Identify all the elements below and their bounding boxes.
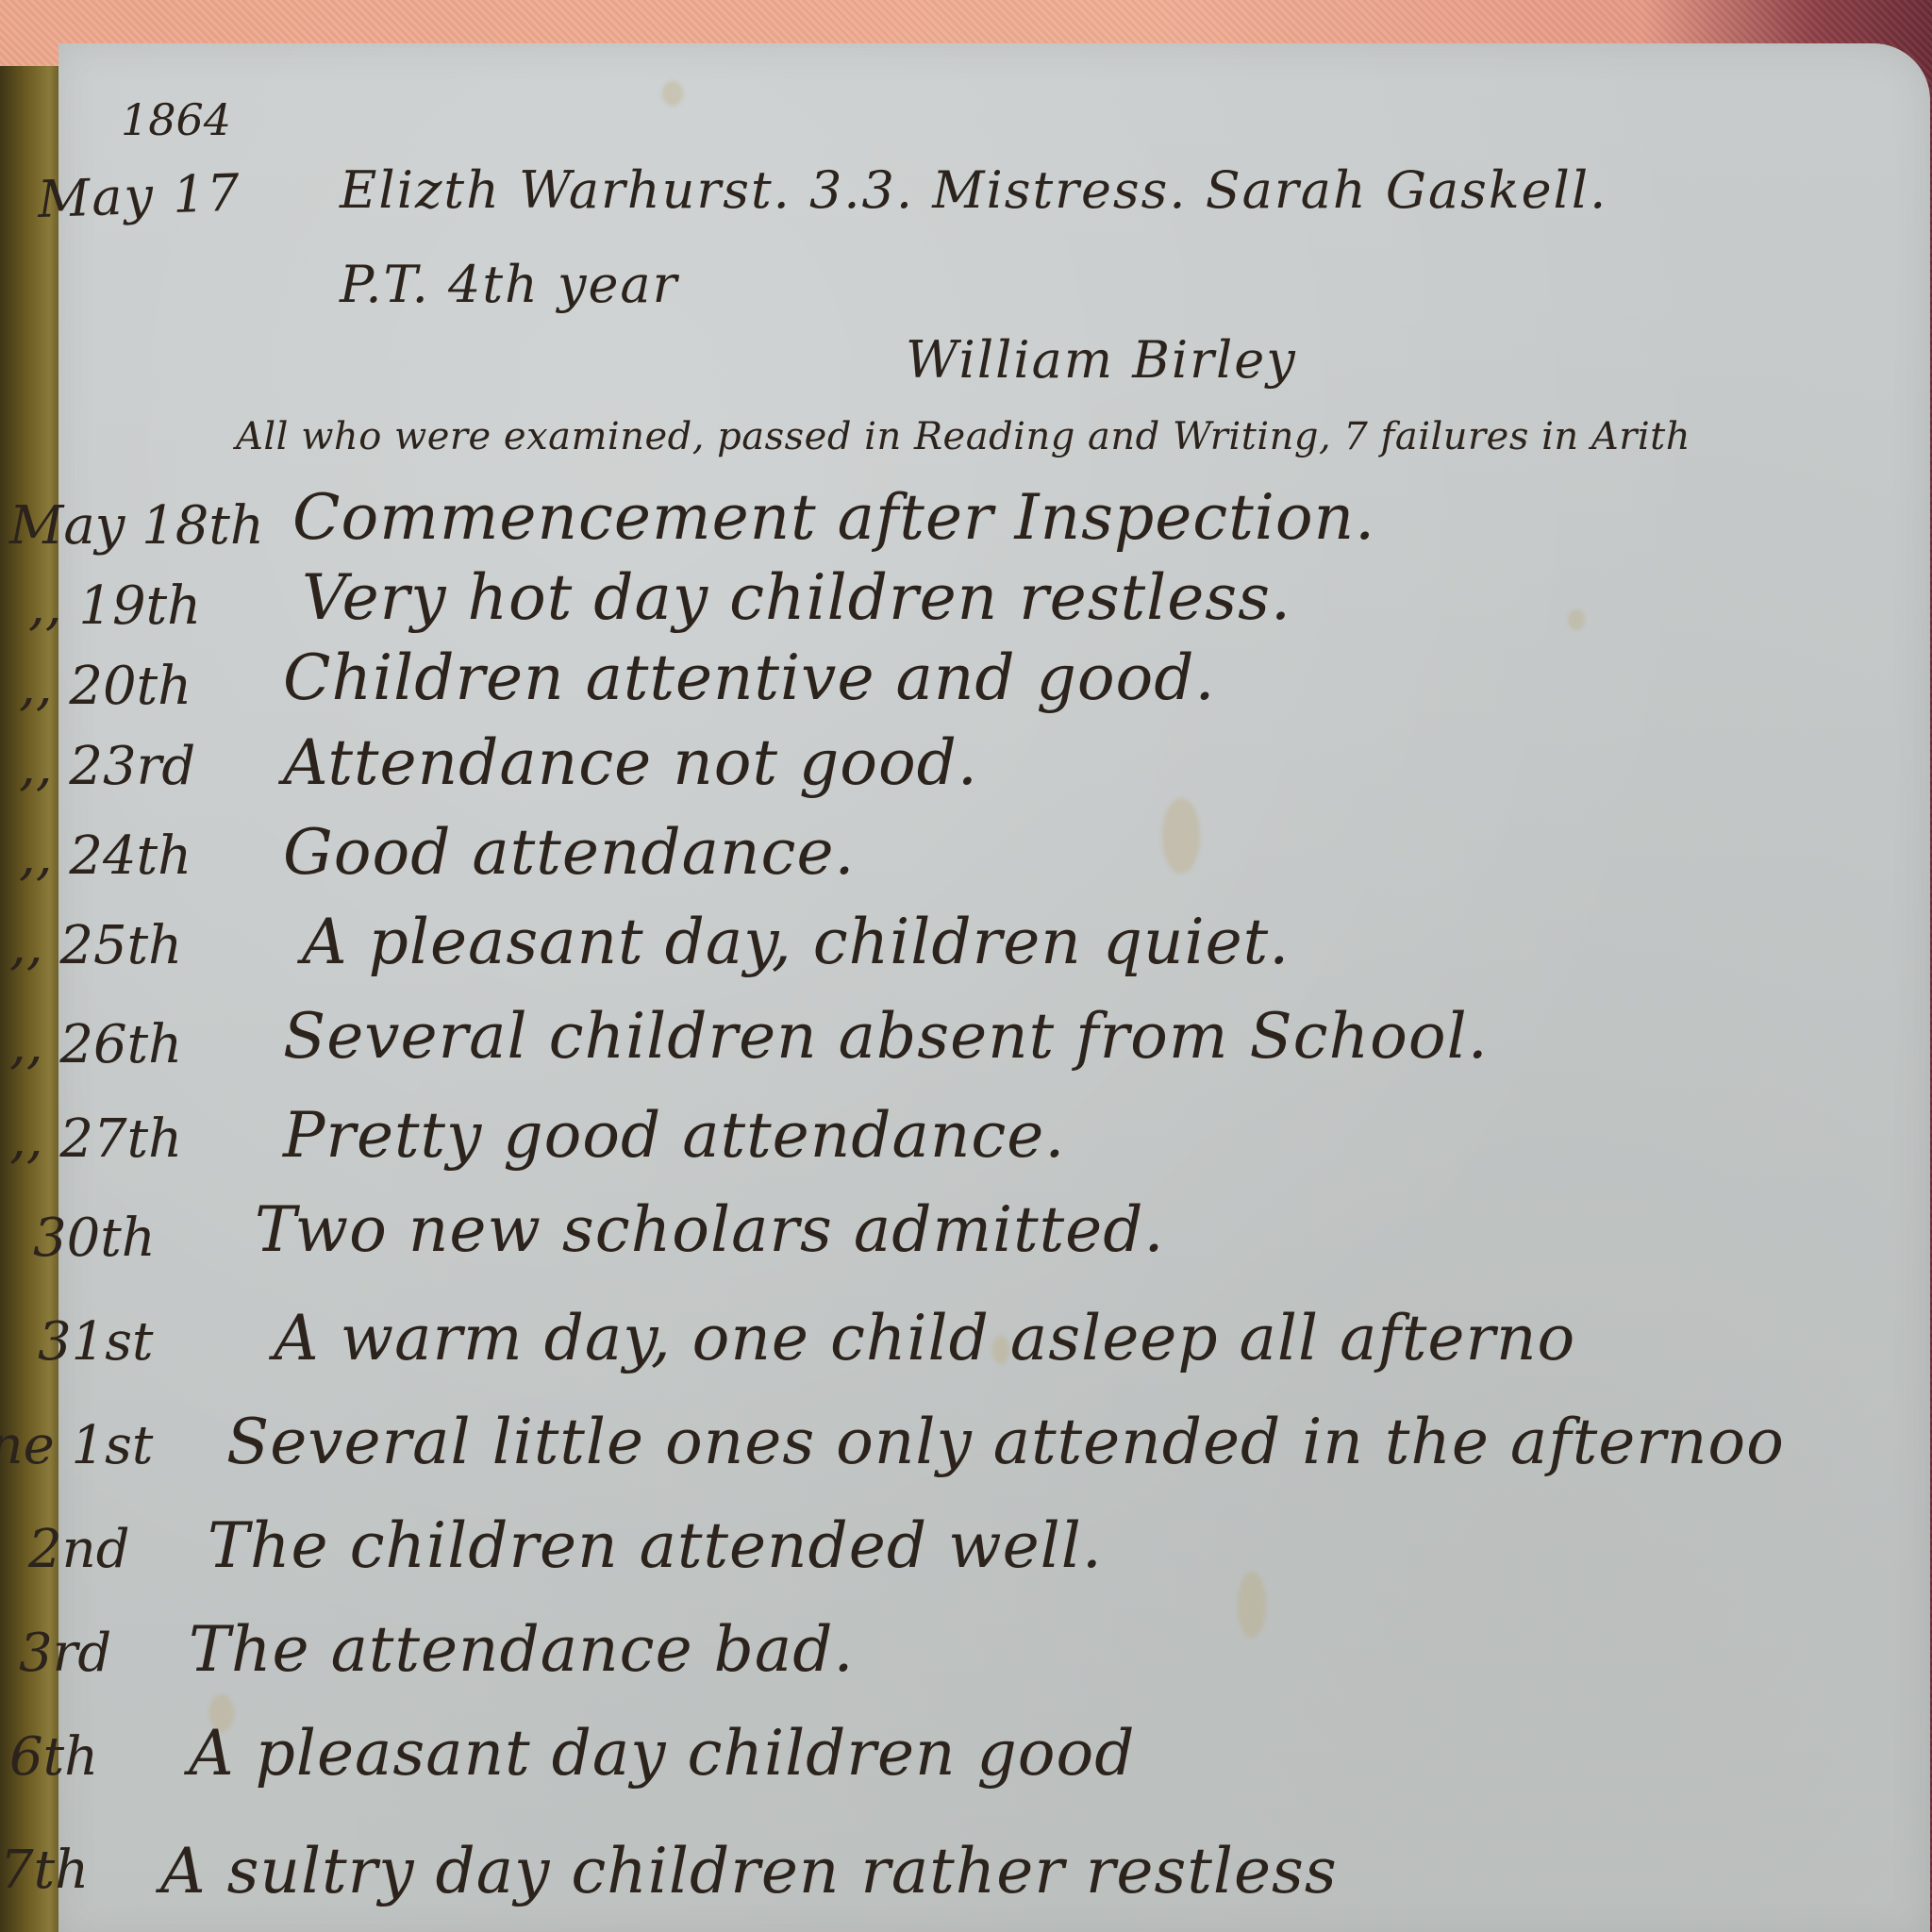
entry-date: ,, 24th [19, 825, 192, 887]
entry-text: A sultry day children rather restless [160, 1835, 1338, 1907]
entry-text: Very hot day children restless. [302, 561, 1291, 634]
entry-date: 2nd [28, 1519, 130, 1580]
entry-text: The attendance bad. [189, 1613, 854, 1686]
entry-date: 7th [0, 1840, 89, 1901]
year-heading: 1864 [121, 94, 231, 145]
header-pupil-teacher-line: P.T. 4th year [340, 255, 678, 314]
entry-date: ,, 19th [28, 575, 201, 637]
inspection-result-note: All who were examined, passed in Reading… [236, 415, 1690, 458]
page-stain [1162, 798, 1200, 874]
entry-text: Two new scholars admitted. [255, 1193, 1164, 1266]
header-date: May 17 [37, 162, 242, 228]
entry-text: Attendance not good. [283, 726, 978, 799]
entry-text: Several little ones only attended in the… [226, 1406, 1785, 1478]
page-stain [662, 81, 683, 106]
entry-date: 3rd [19, 1623, 111, 1684]
entry-date: 6th [9, 1726, 98, 1788]
entry-date: May 18th [9, 495, 264, 557]
entry-text: A pleasant day children good [189, 1717, 1136, 1790]
entry-text: A pleasant day, children quiet. [302, 906, 1290, 978]
entry-date: ,, 26th [9, 1014, 182, 1075]
entry-text: Good attendance. [283, 816, 856, 889]
entry-text: Pretty good attendance. [283, 1099, 1065, 1172]
entry-date: ,, 23rd [19, 736, 195, 797]
entry-date: June 1st [0, 1415, 153, 1476]
entry-text: The children attended well. [208, 1509, 1103, 1582]
entry-date: 31st [38, 1311, 154, 1373]
page-stain [1568, 609, 1585, 630]
entry-text: Commencement after Inspection. [292, 481, 1375, 554]
entry-text: A warm day, one child asleep all afterno [274, 1302, 1575, 1374]
page-stain [1238, 1572, 1266, 1638]
entry-text: Children attentive and good. [283, 641, 1216, 714]
entry-date: ,, 20th [19, 656, 192, 717]
entry-date: ,, 25th [9, 915, 182, 976]
inspector-signature: William Birley [906, 330, 1297, 390]
entry-date: ,, 27th [9, 1108, 182, 1170]
entry-date: 30th [33, 1207, 156, 1269]
header-staff-line: Elizth Warhurst. 3.3. Mistress. Sarah Ga… [340, 160, 1607, 220]
entry-text: Several children absent from School. [283, 1000, 1489, 1073]
